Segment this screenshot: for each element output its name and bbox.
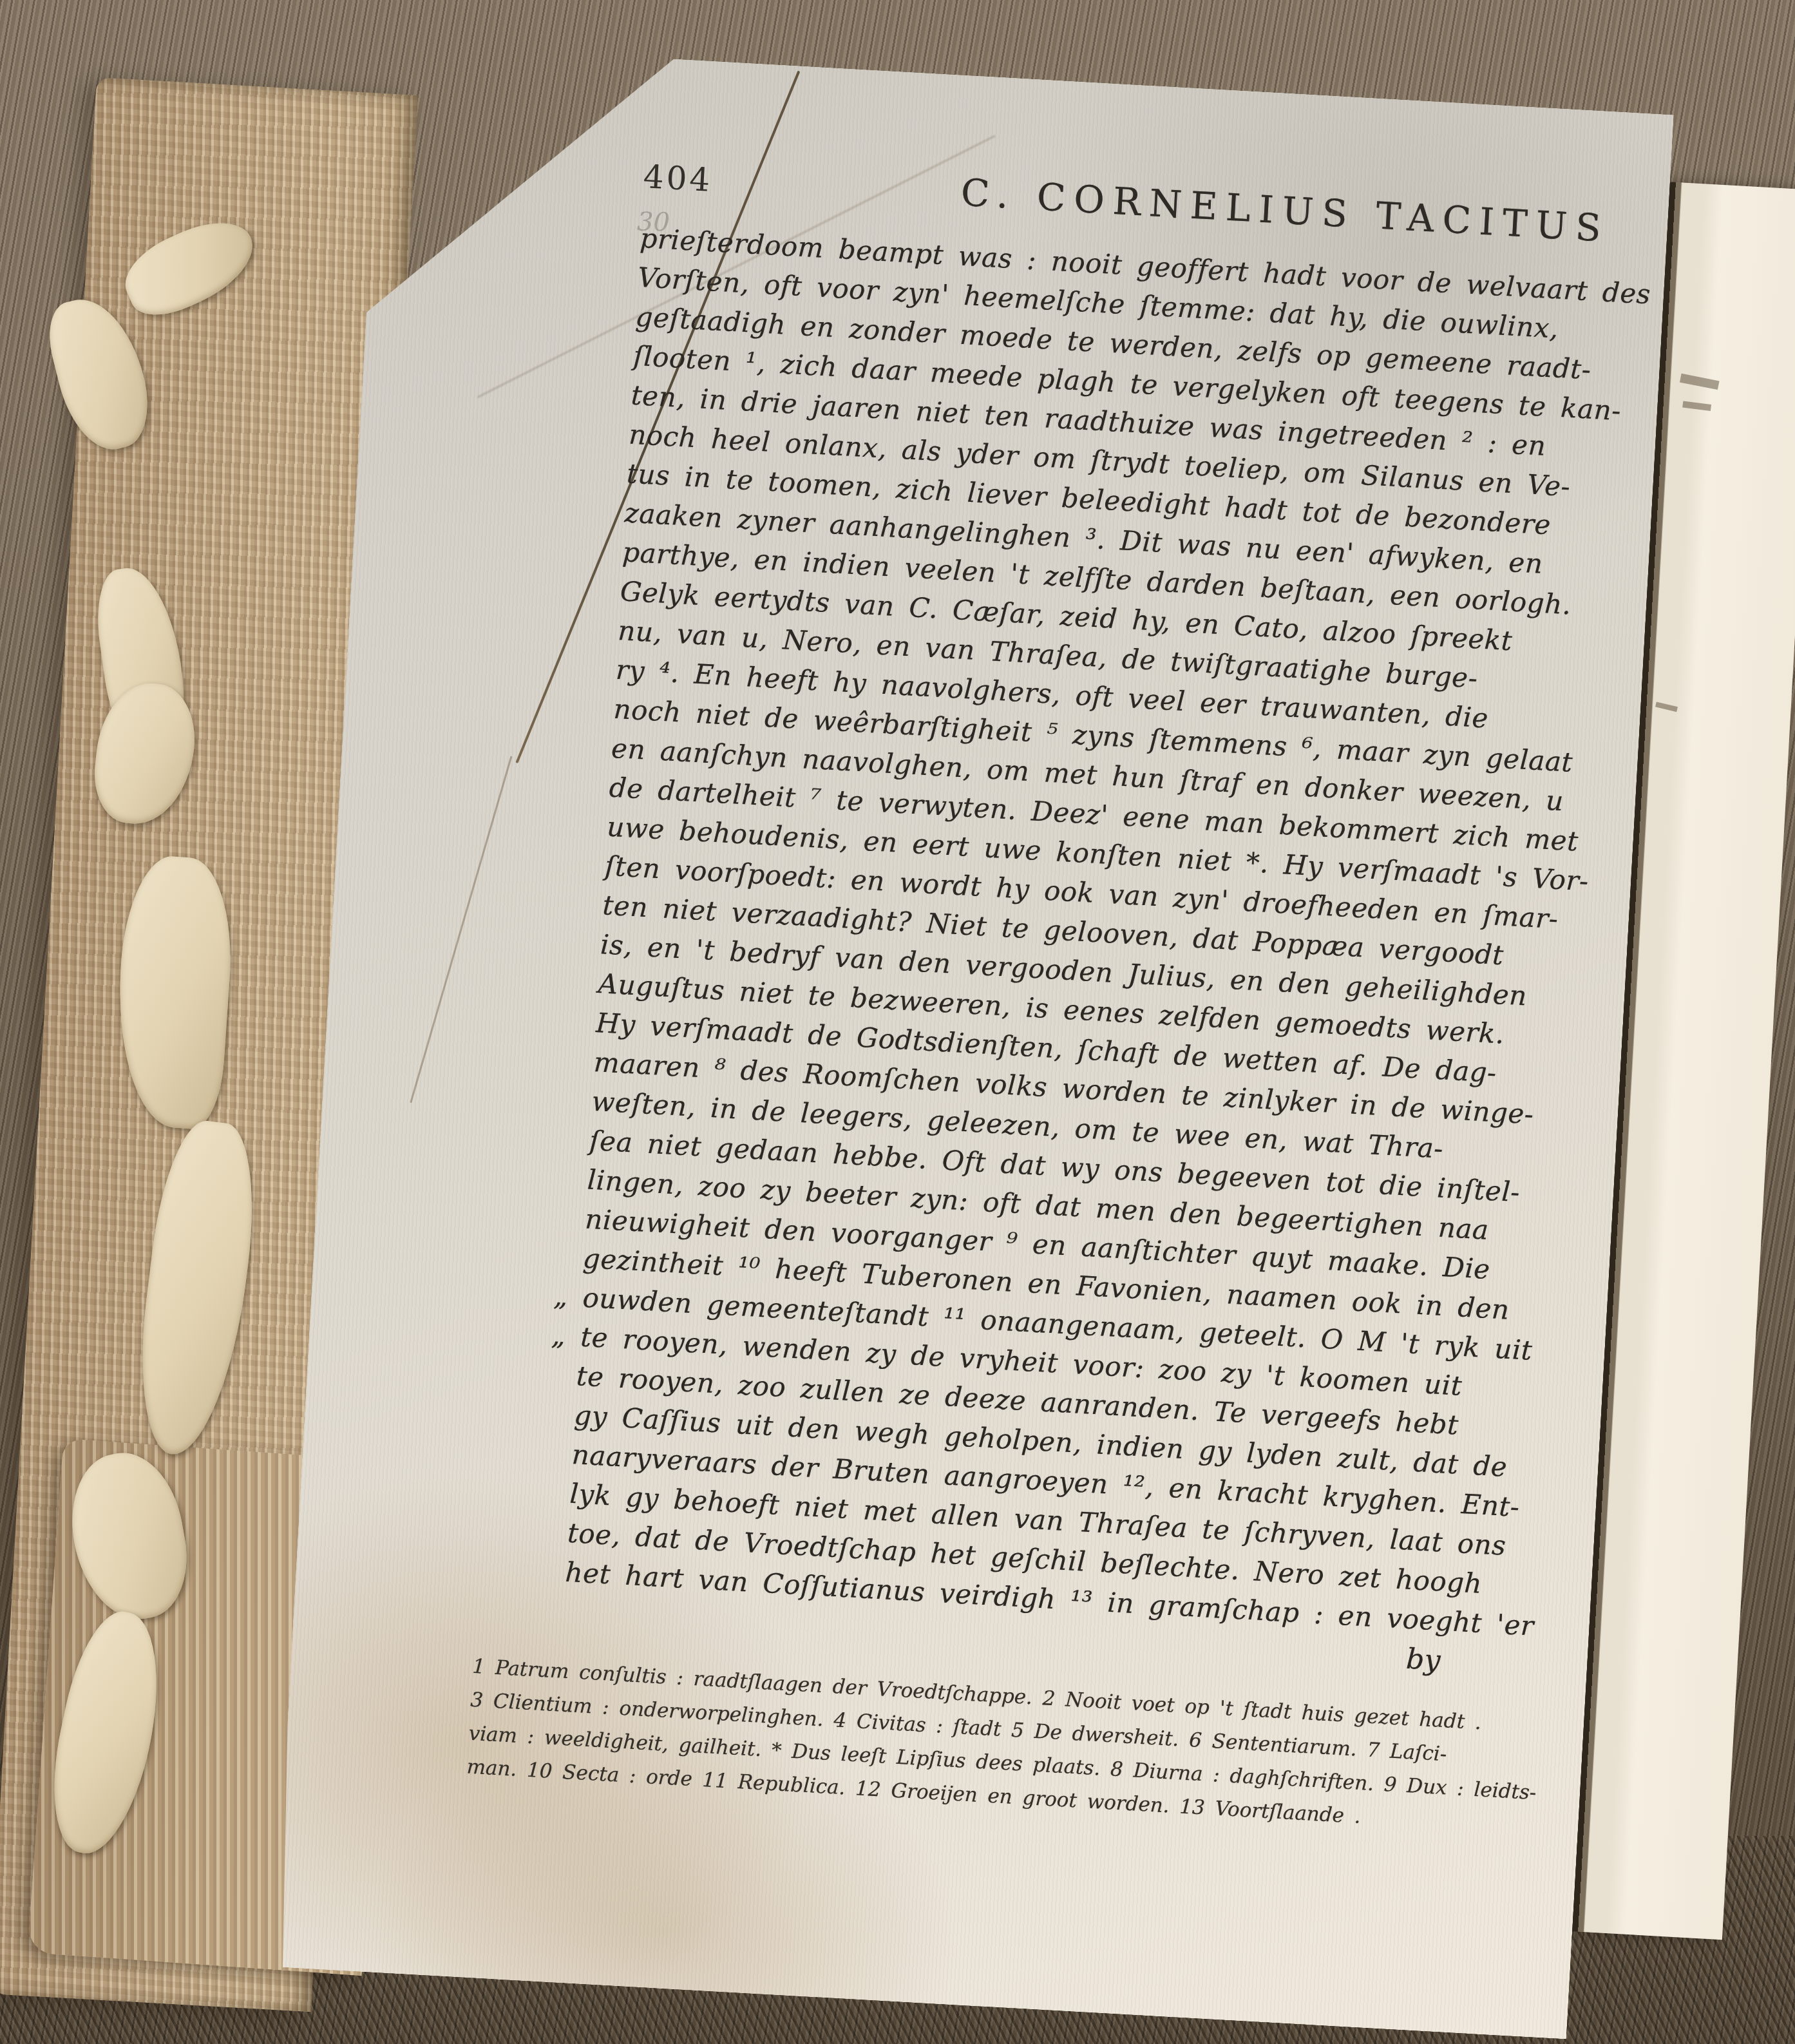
printed-text-block: 30 404 C. CORNELIUS TACITUS prieſterdoom…	[553, 153, 1630, 1844]
facing-page-fleck	[1680, 374, 1720, 390]
photo-scene: 30 404 C. CORNELIUS TACITUS prieſterdoom…	[0, 0, 1795, 2044]
body-text: prieſterdoom beampt was : nooit geoffert…	[564, 218, 1626, 1647]
footnotes-block: 1 Patrum conſultis : raadtſlaagen der Vr…	[466, 1650, 1546, 1844]
running-title: C. CORNELIUS TACITUS	[960, 171, 1611, 251]
facing-page-fleck	[1655, 702, 1678, 712]
bleedthrough-ghost-number: 30	[637, 207, 670, 237]
facing-page-fleck	[1682, 401, 1711, 411]
page-number: 404	[642, 158, 714, 199]
book-page: 30 404 C. CORNELIUS TACITUS prieſterdoom…	[274, 43, 1674, 2039]
crease-fiber-line-lower	[410, 756, 512, 1103]
